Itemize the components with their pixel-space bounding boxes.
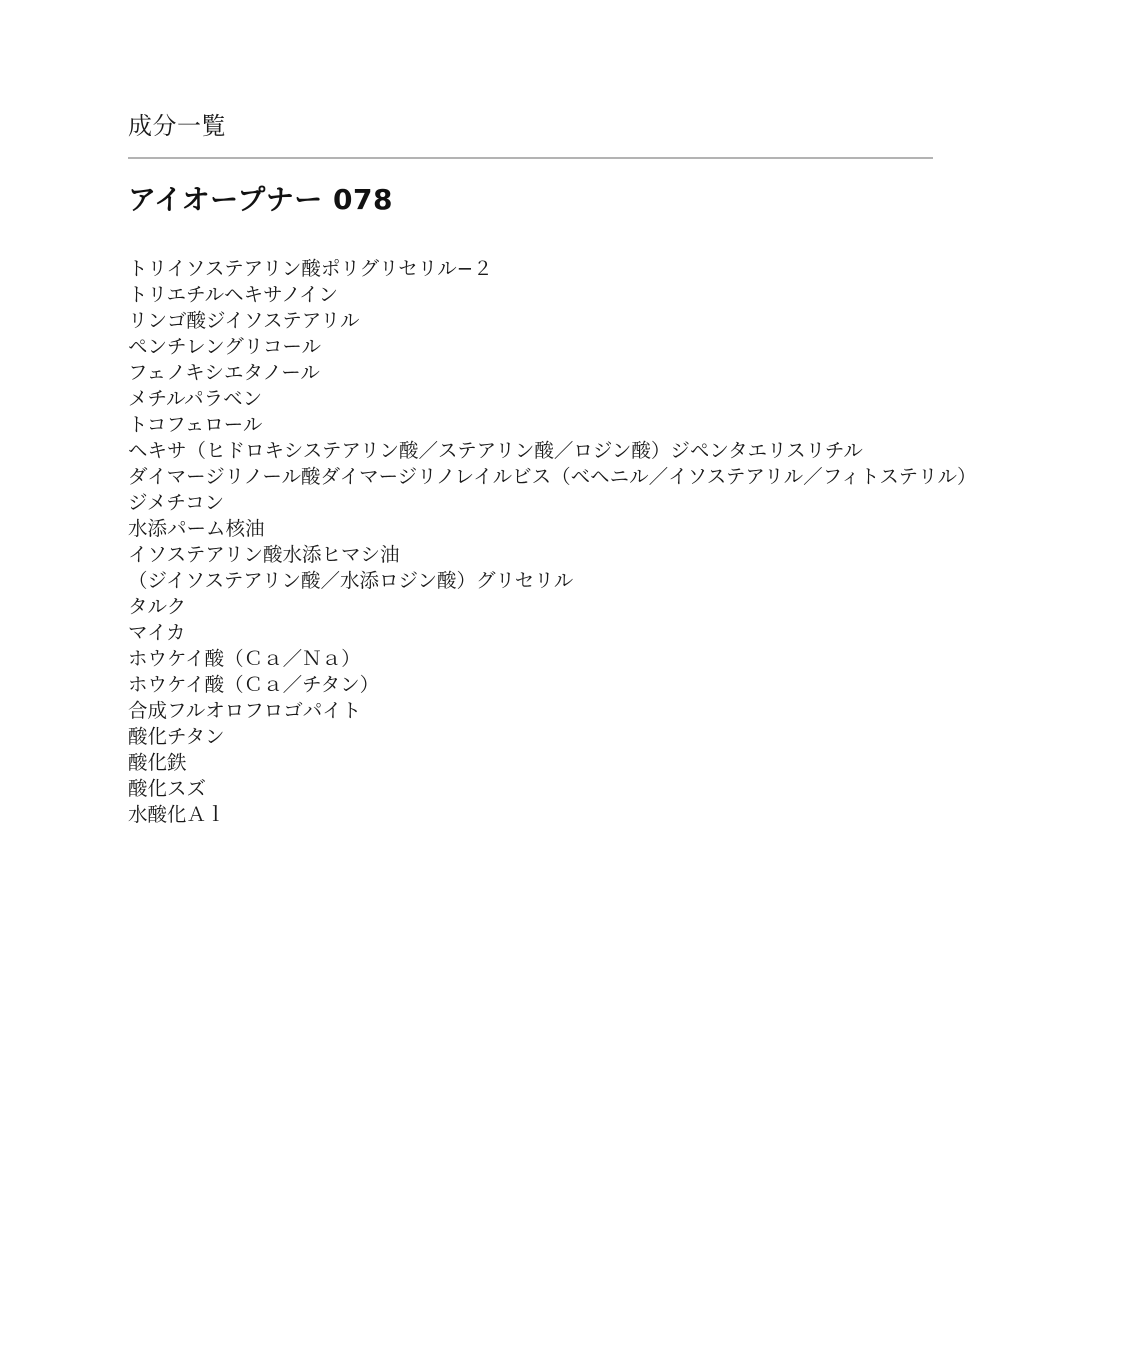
ingredient-line: フェノキシエタノール — [128, 360, 1125, 386]
ingredient-line: タルク — [128, 594, 1125, 620]
ingredient-line: トリエチルヘキサノイン — [128, 282, 1125, 308]
ingredient-line: マイカ — [128, 620, 1125, 646]
ingredient-line: 水添パーム核油 — [128, 516, 1125, 542]
ingredient-line: ジメチコン — [128, 490, 1125, 516]
ingredient-line: 酸化チタン — [128, 724, 1125, 750]
ingredient-line: （ジイソステアリン酸／水添ロジン酸）グリセリル — [128, 568, 1125, 594]
ingredient-line: ヘキサ（ヒドロキシステアリン酸／ステアリン酸／ロジン酸）ジペンタエリスリチル — [128, 438, 1125, 464]
ingredient-line: トコフェロール — [128, 412, 1125, 438]
page-title: 成分一覧 — [128, 112, 1125, 141]
ingredient-line: トリイソステアリン酸ポリグリセリル−２ — [128, 256, 1125, 282]
ingredient-line: リンゴ酸ジイソステアリル — [128, 308, 1125, 334]
document-page: 成分一覧 アイオープナー 078 トリイソステアリン酸ポリグリセリル−２ トリエ… — [0, 0, 1125, 1350]
ingredient-line: 合成フルオロフロゴパイト — [128, 698, 1125, 724]
ingredient-line: ペンチレングリコール — [128, 334, 1125, 360]
ingredient-line: 水酸化Ａｌ — [128, 802, 1125, 828]
divider-line — [128, 157, 933, 159]
ingredient-line: ホウケイ酸（Ｃａ／Ｎａ） — [128, 646, 1125, 672]
ingredient-line: 酸化鉄 — [128, 750, 1125, 776]
ingredient-line: ホウケイ酸（Ｃａ／チタン） — [128, 672, 1125, 698]
ingredient-list: トリイソステアリン酸ポリグリセリル−２ トリエチルヘキサノイン リンゴ酸ジイソス… — [128, 256, 1125, 828]
ingredient-line: ダイマージリノール酸ダイマージリノレイルビス（ベヘニル／イソステアリル／フィトス… — [128, 464, 1125, 490]
ingredient-line: イソステアリン酸水添ヒマシ油 — [128, 542, 1125, 568]
ingredient-line: メチルパラベン — [128, 386, 1125, 412]
ingredient-line: 酸化スズ — [128, 776, 1125, 802]
product-name: アイオープナー 078 — [128, 183, 1125, 217]
